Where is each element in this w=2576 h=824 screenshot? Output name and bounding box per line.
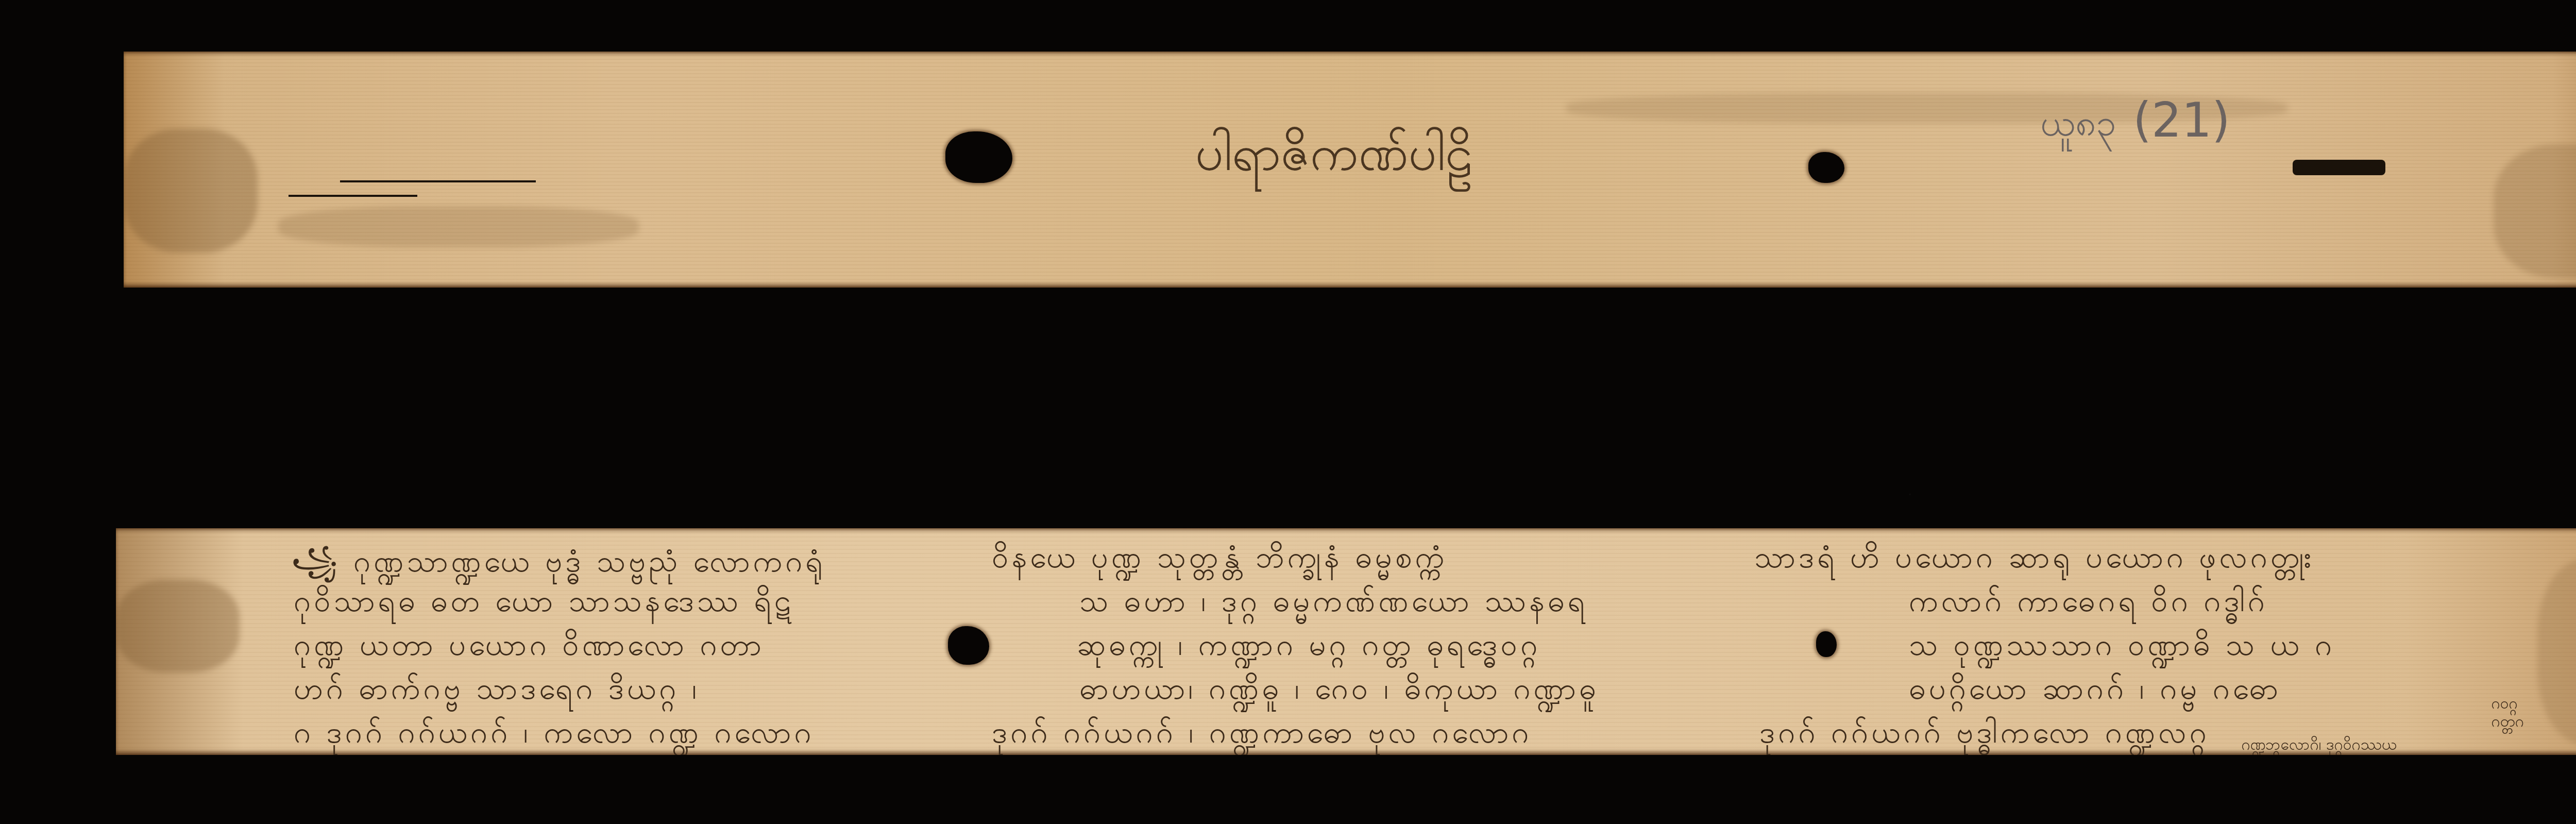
- line-segment: ဂ ဒုဂဂ် ဂဂ်ယဂဂ် ၊ ဂာလော ဂဏ္ဍ ဂလောဂ: [294, 714, 815, 755]
- string-hole: [948, 626, 989, 665]
- torn-edge: [2293, 160, 2385, 175]
- water-stain: [116, 580, 240, 672]
- line-segment: ဂုဝိသာရဓ ဓတ ယော သာသနဒေဿ ရိဋ: [294, 582, 794, 626]
- water-stain: [2537, 559, 2576, 745]
- string-hole: [945, 131, 1012, 183]
- water-stain: [124, 129, 258, 253]
- palm-leaf-bottom: ꧁ ဂုဏ္ဍသာဏ္ဍယေ ဗုဒ္ဓံ သဗ္ဗညုံ လောကဂရုံ ဝ…: [116, 528, 2576, 755]
- line-segment: ဂုဏ္ဍ ယတာ ပယောဂ ဝိဏာလော ဂတာ: [294, 626, 765, 670]
- line-segment: ဝိနယေ ပုဏ္ဍ သုတ္တန္တံ ဘိက္ခုနံ ဓမ္မစက္ကံ: [992, 539, 1447, 582]
- line-segment: ဟဂ် ဓာက်ဂဗ္ဗ သာဒရေဂ ဒိယဂ္ဂ ၊: [294, 670, 700, 714]
- line-segment: သ ဓဟာ ၊ ဒုဂ္ဂ ဓမ္မကဏ်ဏယော ဿနဓရ: [1079, 582, 1588, 626]
- crack: [340, 180, 536, 182]
- pencil-annotation-script: ယူ၈၃: [2040, 100, 2116, 154]
- line-segment: ဆုဓက္ကု ၊ ကဏ္ဍာဂ မဂ္ဂ ဂတ္တ ဓုရဒ္ဓေဝဂ္ဂ: [1077, 626, 1540, 670]
- line-segment: သာဒရံ ဟိ ပယောဂ ဆာရု ပယောဂ ဖုလဂတ္တုး: [1754, 539, 2315, 582]
- line-segment: ဓာဟယာ၊ ဂဏ္ဍိဓူ ၊ ဂေဝ ၊ ဓိကုယာ ဂဏ္ဍာဓူ: [1079, 670, 1599, 714]
- margin-note: ဂဏ္ဍဘ္ဂလောဂိ၊ ဒုဂ္ဂဝိဂဿယ: [2241, 734, 2397, 755]
- leaf-title: ပါရာဇိကဏ်ပါဠိ: [1195, 121, 1473, 194]
- line-segment: သ ဝုဏ္ဍဿသာဂ ဝဏ္ဍာဓိ သ ယ ဂ: [1909, 626, 2335, 670]
- line-segment: ဒုဂဂ် ဂဂ်ယဂဂ် ၊ ဂဏ္ဍကာဓော ဗုလ ဂလောဂ: [992, 714, 1532, 755]
- fiber-stain: [278, 206, 639, 247]
- crack: [289, 195, 417, 197]
- string-hole: [1808, 152, 1844, 183]
- margin-note: ဂတ္တဂ: [2491, 711, 2524, 734]
- pencil-annotation-number: (21): [2133, 93, 2230, 148]
- line-segment: ကလာဂ် ကာဓေဂရ ဝိဂ ဂဒ္ဓါဂ်: [1909, 582, 2268, 626]
- line-segment: ဒုဂဂ် ဂဂ်ယဂဂ် ဗုဒ္ဓါဂာလော ဂဏ္ဍလဂ္ဂ: [1759, 714, 2210, 755]
- string-hole: [1816, 631, 1837, 657]
- line-segment: ဓပဂ္ဂိယော ဆာဂဂ် ၊ ဂမ္ဗ ဂဓော: [1909, 670, 2281, 714]
- palm-leaf-top: ပါရာဇိကဏ်ပါဠိ ယူ၈၃ (21): [124, 52, 2576, 288]
- water-stain: [2494, 144, 2576, 278]
